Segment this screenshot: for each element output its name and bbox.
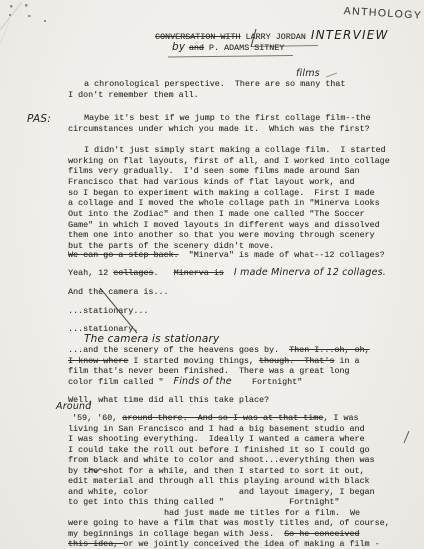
- body-line: color film called " Finds of the Fortnig…: [68, 377, 302, 387]
- body-line: I could take the roll out before I finis…: [68, 445, 370, 455]
- body-line: this idea, or we jointly conceived the i…: [68, 539, 380, 549]
- scan-speck: [9, 4, 46, 22]
- typed-text: And the camera is...: [68, 287, 169, 297]
- title-line-2: by and P. ADAMS SITNEY: [172, 42, 284, 53]
- body-line: a chronological perspective. There are s…: [84, 79, 345, 89]
- typed-text: so I began to experiment with making a c…: [68, 188, 375, 198]
- typed-text: my beginnings in collage began with Jess…: [68, 529, 284, 539]
- typed-text: P. ADAMS SITNEY: [204, 43, 284, 53]
- paper-crease-mark: [0, 2, 22, 30]
- body-line: films very gradually. I'd seen some film…: [68, 166, 360, 176]
- body-line: And the camera is...: [68, 287, 169, 297]
- typed-text: by the shot for a while, and then I star…: [68, 466, 365, 476]
- handwritten-text: I made Minerva of 12 collages.: [234, 267, 386, 278]
- body-line: film that's never been finished. There w…: [68, 366, 349, 376]
- anthology-stamp: ANTHOLOGY: [343, 6, 422, 22]
- body-line: I was shooting everything. Ideally I wan…: [68, 434, 365, 444]
- body-line: them one into another so that you were m…: [68, 230, 375, 240]
- hand-insert-around: Around: [56, 402, 92, 412]
- typed-text: ...and the scenery of the heavens goes b…: [68, 345, 289, 355]
- body-line: so I began to experiment with making a c…: [68, 188, 375, 198]
- handwritten-text: Finds of the: [174, 376, 232, 387]
- body-line: edit material and through all this playi…: [68, 476, 370, 486]
- typed-text: [224, 268, 234, 278]
- body-line: Francisco that had various kinds of flat…: [68, 177, 354, 187]
- typed-text: Yeah, 12: [68, 268, 113, 278]
- body-line: working on flat layouts, first of all, a…: [68, 156, 390, 166]
- margin-slash-mark: [404, 431, 409, 443]
- struck-typed-text: I know where: [68, 356, 128, 366]
- body-line: a collage and I moved the whole collage …: [68, 198, 380, 208]
- typed-text: films very gradually. I'd seen some film…: [68, 166, 360, 176]
- typed-text: ...stationary...: [68, 306, 148, 316]
- typed-text: JORDAN: [276, 32, 306, 42]
- typed-text: a collage and I moved the whole collage …: [68, 198, 380, 208]
- struck-typed-text: collages: [113, 268, 153, 278]
- typed-text: from black and white to color and shoot.…: [68, 455, 375, 465]
- typed-text: were going to have a film that was mostl…: [68, 518, 390, 528]
- body-line: Out into the Zodiac" and then I made one…: [68, 209, 365, 219]
- typed-text: circumstances under which you made it. W…: [68, 124, 370, 134]
- body-line: We can go a step back. "Minerva" is made…: [68, 250, 385, 260]
- struck-typed-text: So he conceived: [284, 529, 359, 539]
- typed-text: '59, '60,: [72, 413, 122, 423]
- typed-text: I was shooting everything. Ideally I wan…: [68, 434, 365, 444]
- struck-typed-text: We can go a step back.: [68, 250, 179, 260]
- typed-text: to get into this thing called " Fortnigh…: [68, 497, 339, 507]
- body-line: Game" in which I moved layouts in differ…: [68, 220, 380, 230]
- body-line: had just made me titles for a film. We: [164, 508, 360, 518]
- paper-crease-mark: [0, 20, 10, 44]
- struck-typed-text: though. That's: [259, 356, 334, 366]
- typed-text: living in San Francisco and I had a big …: [68, 424, 365, 434]
- body-line: ...stationary...: [68, 306, 148, 316]
- underline-mark: [168, 56, 293, 58]
- typed-text: in a: [334, 356, 359, 366]
- body-line: my beginnings in collage began with Jess…: [68, 529, 360, 539]
- typed-text: Game" in which I moved layouts in differ…: [68, 220, 380, 230]
- typed-text: , I was: [323, 413, 358, 423]
- struck-typed-text: Then I...oh, oh,: [289, 345, 369, 355]
- typed-text: a chronological perspective. There are s…: [84, 79, 345, 89]
- typed-text: had just made me titles for a film. We: [164, 508, 360, 518]
- typed-text: and white, color and layout imagery, I b…: [68, 487, 375, 497]
- scanned-document-page: ANTHOLOGYCONVERSATION WITH LARRY JORDAN …: [0, 0, 424, 549]
- anthology-stamp-text: ANTHOLOGY: [343, 5, 422, 22]
- body-line: by the shot for a while, and then I star…: [68, 466, 365, 476]
- body-line: living in San Francisco and I had a big …: [68, 424, 365, 434]
- body-line: I didn't just simply start making a coll…: [84, 145, 386, 155]
- body-line: from black and white to color and shoot.…: [68, 455, 375, 465]
- typed-text: I started moving things,: [128, 356, 259, 366]
- body-line: I don't remember them all.: [68, 90, 199, 100]
- typed-text: color film called ": [68, 377, 174, 387]
- handwritten-text: INTERVIEW: [311, 28, 389, 42]
- typed-text: Well, what time did all this take place?: [68, 395, 269, 405]
- handwritten-text: by: [172, 41, 189, 53]
- body-line: ...and the scenery of the heavens goes b…: [68, 345, 370, 355]
- squiggle-mark: [326, 73, 337, 77]
- body-line: and white, color and layout imagery, I b…: [68, 487, 375, 497]
- body-line: I know where I started moving things, th…: [68, 356, 360, 366]
- typed-text: I don't remember them all.: [68, 90, 199, 100]
- struck-typed-text: and: [189, 43, 204, 53]
- struck-typed-text: Minerva is: [174, 268, 224, 278]
- typed-text: edit material and through all this playi…: [68, 476, 370, 486]
- hand-insert-camera: The camera is stationary: [84, 334, 219, 345]
- hand-insert-films: films: [296, 69, 320, 79]
- typed-text: them one into another so that you were m…: [68, 230, 375, 240]
- typed-text: I could take the roll out before I finis…: [68, 445, 370, 455]
- struck-typed-text: around there. And so I was at that time: [122, 413, 323, 423]
- typed-text: film that's never been finished. There w…: [68, 366, 349, 376]
- typed-text: or we jointly conceived the idea of maki…: [123, 539, 379, 549]
- typed-text: LARRY: [240, 32, 275, 42]
- handwritten-text: Around: [56, 401, 92, 412]
- handwritten-text: PAS:: [27, 113, 51, 125]
- margin-note-pas: PAS:: [27, 114, 51, 125]
- body-line: Well, what time did all this take place?: [68, 395, 269, 405]
- typed-text: Fortnight": [232, 377, 302, 387]
- struck-typed-text: CONVERSATION WITH: [155, 32, 240, 42]
- typed-text: "Minerva" is made of what--12 collages?: [179, 250, 385, 260]
- body-line: '59, '60, around there. And so I was at …: [72, 413, 359, 423]
- body-line: Maybe it's best if we jump to the first …: [84, 113, 370, 123]
- struck-typed-text: this idea,: [68, 539, 123, 549]
- typed-text: Maybe it's best if we jump to the first …: [84, 113, 370, 123]
- typed-text: working on flat layouts, first of all, a…: [68, 156, 390, 166]
- handwritten-text: The camera is stationary: [84, 333, 219, 345]
- body-line: were going to have a film that was mostl…: [68, 518, 390, 528]
- typed-text: I didn't just simply start making a coll…: [84, 145, 386, 155]
- typed-text: Out into the Zodiac" and then I made one…: [68, 209, 365, 219]
- title-line-1: CONVERSATION WITH LARRY JORDAN INTERVIEW: [155, 30, 389, 42]
- body-line: to get into this thing called " Fortnigh…: [68, 497, 339, 507]
- body-line: Yeah, 12 collages. Minerva is I made Min…: [68, 268, 386, 278]
- typed-text: .: [153, 268, 173, 278]
- typed-text: Francisco that had various kinds of flat…: [68, 177, 354, 187]
- handwritten-text: films: [296, 68, 320, 79]
- body-line: circumstances under which you made it. W…: [68, 124, 370, 134]
